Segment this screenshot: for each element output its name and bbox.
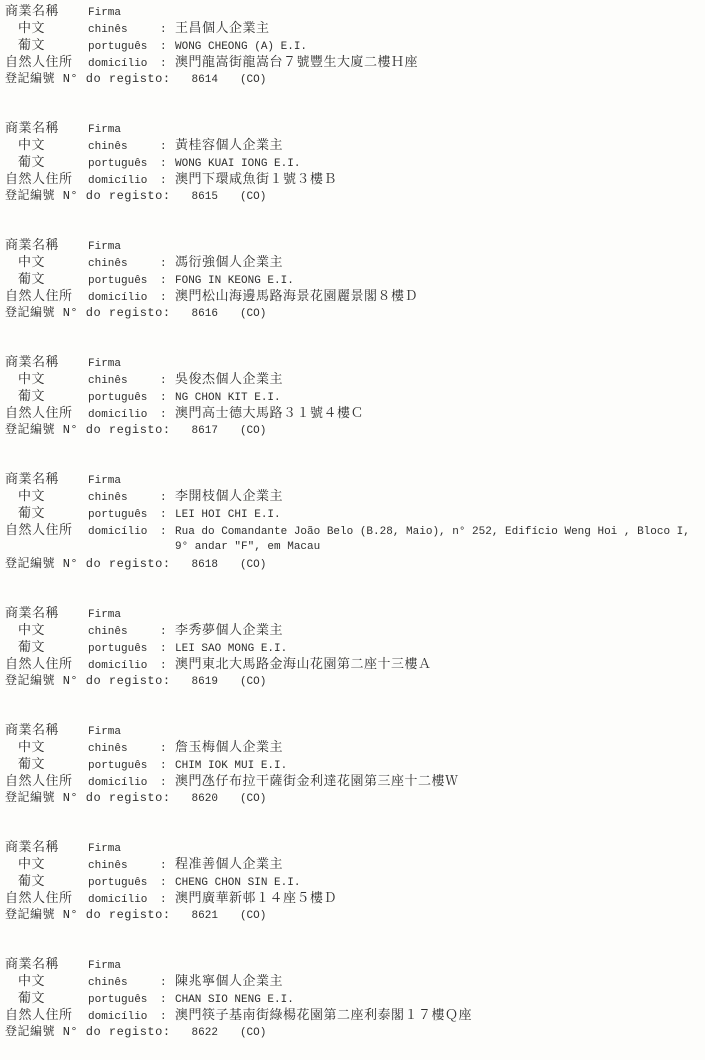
address-value: 澳門廣華新邨１４座５樓Ｄ <box>175 890 337 907</box>
firma-label-zh: 商業名稱 <box>5 354 88 371</box>
portuguese-name-value: LEI SAO MONG E.I. <box>175 641 287 656</box>
portuguese-name-value: WONG KUAI IONG E.I. <box>175 156 300 171</box>
registry-suffix: (CO) <box>240 189 266 205</box>
portuguese-name-value: CHIM IOK MUI E.I. <box>175 758 287 773</box>
portuguese-label-zh: 葡文 <box>5 37 88 54</box>
address-row: 自然人住所 domicílio : 澳門筷子基南街綠楊花園第二座利泰閣１７樓Ｑ座 <box>5 1007 705 1024</box>
colon-separator: : <box>160 975 175 990</box>
colon-separator: : <box>160 407 175 422</box>
chinese-label-pt: chinês <box>88 858 160 873</box>
firma-label-zh: 商業名稱 <box>5 237 88 254</box>
registry-suffix: (CO) <box>240 423 266 439</box>
firma-label-zh: 商業名稱 <box>5 605 88 622</box>
registry-entry: 商業名稱 Firma 中文 chinês : 李秀夢個人企業主 葡文 portu… <box>5 605 705 690</box>
firma-label-zh: 商業名稱 <box>5 839 88 856</box>
colon-separator: : <box>160 139 175 154</box>
chinese-label-zh: 中文 <box>5 622 88 639</box>
registry-number-value: 8616 <box>192 306 218 322</box>
firma-label-pt: Firma <box>88 122 160 137</box>
chinese-label-zh: 中文 <box>5 856 88 873</box>
firma-row: 商業名稱 Firma <box>5 722 705 739</box>
registry-entry: 商業名稱 Firma 中文 chinês : 陳兆寧個人企業主 葡文 portu… <box>5 956 705 1041</box>
chinese-name-row: 中文 chinês : 吳俊杰個人企業主 <box>5 371 705 388</box>
firma-row: 商業名稱 Firma <box>5 471 705 488</box>
colon-separator: : <box>160 373 175 388</box>
address-value: 澳門松山海邊馬路海景花園麗景閣８樓Ｄ <box>175 288 418 305</box>
address-label-pt: domicílio <box>88 524 160 539</box>
colon-separator: : <box>160 775 175 790</box>
portuguese-label-pt: português <box>88 156 160 171</box>
portuguese-label-pt: português <box>88 641 160 656</box>
chinese-label-zh: 中文 <box>5 371 88 388</box>
address-label-zh: 自然人住所 <box>5 288 88 305</box>
portuguese-label-zh: 葡文 <box>5 388 88 405</box>
colon-separator: : <box>160 507 175 522</box>
address-label-zh: 自然人住所 <box>5 522 88 539</box>
chinese-label-zh: 中文 <box>5 488 88 505</box>
firma-row: 商業名稱 Firma <box>5 120 705 137</box>
chinese-name-value: 馮衍強個人企業主 <box>175 254 283 271</box>
chinese-label-pt: chinês <box>88 256 160 271</box>
chinese-name-value: 吳俊杰個人企業主 <box>175 371 283 388</box>
chinese-name-value: 程准善個人企業主 <box>175 856 283 873</box>
registry-number-label: 登記編號 N° do registo: <box>5 188 171 205</box>
registry-suffix: (CO) <box>240 791 266 807</box>
firma-row: 商業名稱 Firma <box>5 956 705 973</box>
portuguese-label-zh: 葡文 <box>5 271 88 288</box>
colon-separator: : <box>160 524 175 539</box>
chinese-label-pt: chinês <box>88 373 160 388</box>
registry-number-value: 8615 <box>192 189 218 205</box>
chinese-name-row: 中文 chinês : 王昌個人企業主 <box>5 20 705 37</box>
address-label-zh: 自然人住所 <box>5 656 88 673</box>
colon-separator: : <box>160 39 175 54</box>
chinese-label-zh: 中文 <box>5 973 88 990</box>
address-row: 自然人住所 domicílio : 澳門東北大馬路金海山花園第二座十三樓Ａ <box>5 656 705 673</box>
registry-number-value: 8621 <box>192 908 218 924</box>
address-value: Rua do Comandante João Belo (B.28, Maio)… <box>175 524 690 539</box>
address-value: 澳門下環咸魚街１號３樓Ｂ <box>175 171 337 188</box>
chinese-label-pt: chinês <box>88 490 160 505</box>
firma-label-pt: Firma <box>88 958 160 973</box>
chinese-name-row: 中文 chinês : 黃桂容個人企業主 <box>5 137 705 154</box>
address-value-line2: 9° andar "F", em Macau <box>175 539 320 556</box>
portuguese-name-value: CHAN SIO NENG E.I. <box>175 992 294 1007</box>
firma-label-zh: 商業名稱 <box>5 956 88 973</box>
portuguese-label-pt: português <box>88 390 160 405</box>
address-row: 自然人住所 domicílio : 澳門廣華新邨１４座５樓Ｄ <box>5 890 705 907</box>
portuguese-name-value: FONG IN KEONG E.I. <box>175 273 294 288</box>
address-continuation-row: 9° andar "F", em Macau <box>5 539 705 556</box>
portuguese-name-value: WONG CHEONG (A) E.I. <box>175 39 307 54</box>
colon-separator: : <box>160 992 175 1007</box>
registry-suffix: (CO) <box>240 1025 266 1041</box>
chinese-name-value: 陳兆寧個人企業主 <box>175 973 283 990</box>
address-label-pt: domicílio <box>88 892 160 907</box>
portuguese-label-zh: 葡文 <box>5 505 88 522</box>
colon-separator: : <box>160 1009 175 1024</box>
portuguese-label-pt: português <box>88 875 160 890</box>
portuguese-label-zh: 葡文 <box>5 873 88 890</box>
registry-number-label: 登記編號 N° do registo: <box>5 71 171 88</box>
registry-document-page: 商業名稱 Firma 中文 chinês : 王昌個人企業主 葡文 portug… <box>0 0 705 1060</box>
registry-entries: 商業名稱 Firma 中文 chinês : 王昌個人企業主 葡文 portug… <box>5 3 705 1041</box>
firma-label-zh: 商業名稱 <box>5 722 88 739</box>
portuguese-name-row: 葡文 português : FONG IN KEONG E.I. <box>5 271 705 288</box>
address-label-pt: domicílio <box>88 775 160 790</box>
chinese-label-zh: 中文 <box>5 254 88 271</box>
firma-row: 商業名稱 Firma <box>5 605 705 622</box>
portuguese-label-pt: português <box>88 758 160 773</box>
portuguese-label-pt: português <box>88 992 160 1007</box>
address-label-pt: domicílio <box>88 1009 160 1024</box>
registry-suffix: (CO) <box>240 306 266 322</box>
registry-entry: 商業名稱 Firma 中文 chinês : 李開枝個人企業主 葡文 portu… <box>5 471 705 573</box>
registry-number-row: 登記編號 N° do registo: 8620 (CO) <box>5 790 705 807</box>
firma-label-pt: Firma <box>88 473 160 488</box>
portuguese-label-pt: português <box>88 273 160 288</box>
portuguese-label-zh: 葡文 <box>5 990 88 1007</box>
firma-row: 商業名稱 Firma <box>5 3 705 20</box>
colon-separator: : <box>160 658 175 673</box>
registry-number-label: 登記編號 N° do registo: <box>5 673 171 690</box>
firma-label-pt: Firma <box>88 356 160 371</box>
chinese-name-row: 中文 chinês : 陳兆寧個人企業主 <box>5 973 705 990</box>
chinese-label-zh: 中文 <box>5 20 88 37</box>
registry-number-value: 8620 <box>192 791 218 807</box>
address-row: 自然人住所 domicílio : Rua do Comandante João… <box>5 522 705 539</box>
address-value: 澳門高士德大馬路３１號４樓Ｃ <box>175 405 364 422</box>
registry-entry: 商業名稱 Firma 中文 chinês : 吳俊杰個人企業主 葡文 portu… <box>5 354 705 439</box>
registry-number-row: 登記編號 N° do registo: 8621 (CO) <box>5 907 705 924</box>
address-label-pt: domicílio <box>88 56 160 71</box>
address-row: 自然人住所 domicílio : 澳門下環咸魚街１號３樓Ｂ <box>5 171 705 188</box>
firma-label-zh: 商業名稱 <box>5 120 88 137</box>
firma-label-zh: 商業名稱 <box>5 471 88 488</box>
firma-row: 商業名稱 Firma <box>5 354 705 371</box>
chinese-name-value: 李開枝個人企業主 <box>175 488 283 505</box>
firma-label-pt: Firma <box>88 607 160 622</box>
registry-number-value: 8618 <box>192 557 218 573</box>
chinese-name-value: 黃桂容個人企業主 <box>175 137 283 154</box>
registry-entry: 商業名稱 Firma 中文 chinês : 馮衍強個人企業主 葡文 portu… <box>5 237 705 322</box>
chinese-name-row: 中文 chinês : 馮衍強個人企業主 <box>5 254 705 271</box>
portuguese-name-value: LEI HOI CHI E.I. <box>175 507 281 522</box>
firma-row: 商業名稱 Firma <box>5 839 705 856</box>
chinese-label-zh: 中文 <box>5 137 88 154</box>
registry-number-label: 登記編號 N° do registo: <box>5 422 171 439</box>
registry-entry: 商業名稱 Firma 中文 chinês : 詹玉梅個人企業主 葡文 portu… <box>5 722 705 807</box>
chinese-name-row: 中文 chinês : 李秀夢個人企業主 <box>5 622 705 639</box>
registry-number-value: 8614 <box>192 72 218 88</box>
colon-separator: : <box>160 22 175 37</box>
portuguese-name-row: 葡文 português : NG CHON KIT E.I. <box>5 388 705 405</box>
registry-entry: 商業名稱 Firma 中文 chinês : 程准善個人企業主 葡文 portu… <box>5 839 705 924</box>
colon-separator: : <box>160 290 175 305</box>
address-label-zh: 自然人住所 <box>5 773 88 790</box>
registry-suffix: (CO) <box>240 72 266 88</box>
registry-number-label: 登記編號 N° do registo: <box>5 790 171 807</box>
registry-number-value: 8619 <box>192 674 218 690</box>
registry-number-row: 登記編號 N° do registo: 8615 (CO) <box>5 188 705 205</box>
colon-separator: : <box>160 156 175 171</box>
chinese-label-pt: chinês <box>88 624 160 639</box>
colon-separator: : <box>160 858 175 873</box>
portuguese-name-value: NG CHON KIT E.I. <box>175 390 281 405</box>
chinese-name-value: 李秀夢個人企業主 <box>175 622 283 639</box>
registry-number-value: 8617 <box>192 423 218 439</box>
address-label-zh: 自然人住所 <box>5 171 88 188</box>
address-row: 自然人住所 domicílio : 澳門松山海邊馬路海景花園麗景閣８樓Ｄ <box>5 288 705 305</box>
portuguese-name-row: 葡文 português : WONG KUAI IONG E.I. <box>5 154 705 171</box>
registry-suffix: (CO) <box>240 908 266 924</box>
address-value: 澳門氹仔布拉干薩街金利達花園第三座十二樓Ｗ <box>175 773 459 790</box>
registry-number-row: 登記編號 N° do registo: 8614 (CO) <box>5 71 705 88</box>
portuguese-label-pt: português <box>88 39 160 54</box>
registry-number-row: 登記編號 N° do registo: 8617 (CO) <box>5 422 705 439</box>
address-label-pt: domicílio <box>88 290 160 305</box>
colon-separator: : <box>160 741 175 756</box>
colon-separator: : <box>160 624 175 639</box>
portuguese-name-row: 葡文 português : LEI HOI CHI E.I. <box>5 505 705 522</box>
firma-label-zh: 商業名稱 <box>5 3 88 20</box>
registry-number-value: 8622 <box>192 1025 218 1041</box>
firma-row: 商業名稱 Firma <box>5 237 705 254</box>
firma-label-pt: Firma <box>88 5 160 20</box>
chinese-label-zh: 中文 <box>5 739 88 756</box>
colon-separator: : <box>160 490 175 505</box>
chinese-label-pt: chinês <box>88 975 160 990</box>
portuguese-label-zh: 葡文 <box>5 756 88 773</box>
colon-separator: : <box>160 758 175 773</box>
firma-label-pt: Firma <box>88 724 160 739</box>
registry-entry: 商業名稱 Firma 中文 chinês : 王昌個人企業主 葡文 portug… <box>5 3 705 88</box>
firma-label-pt: Firma <box>88 841 160 856</box>
registry-entry: 商業名稱 Firma 中文 chinês : 黃桂容個人企業主 葡文 portu… <box>5 120 705 205</box>
registry-number-row: 登記編號 N° do registo: 8619 (CO) <box>5 673 705 690</box>
portuguese-label-pt: português <box>88 507 160 522</box>
address-label-zh: 自然人住所 <box>5 890 88 907</box>
portuguese-name-row: 葡文 português : LEI SAO MONG E.I. <box>5 639 705 656</box>
address-row: 自然人住所 domicílio : 澳門氹仔布拉干薩街金利達花園第三座十二樓Ｗ <box>5 773 705 790</box>
address-label-zh: 自然人住所 <box>5 1007 88 1024</box>
registry-number-row: 登記編號 N° do registo: 8616 (CO) <box>5 305 705 322</box>
portuguese-name-value: CHENG CHON SIN E.I. <box>175 875 300 890</box>
address-label-zh: 自然人住所 <box>5 405 88 422</box>
address-label-zh: 自然人住所 <box>5 54 88 71</box>
address-value: 澳門龍嵩街龍嵩台７號豐生大廈二樓Ｈ座 <box>175 54 418 71</box>
colon-separator: : <box>160 56 175 71</box>
colon-separator: : <box>160 256 175 271</box>
colon-separator: : <box>160 273 175 288</box>
chinese-name-row: 中文 chinês : 程准善個人企業主 <box>5 856 705 873</box>
address-label-pt: domicílio <box>88 173 160 188</box>
chinese-label-pt: chinês <box>88 139 160 154</box>
registry-number-row: 登記編號 N° do registo: 8622 (CO) <box>5 1024 705 1041</box>
portuguese-name-row: 葡文 português : CHAN SIO NENG E.I. <box>5 990 705 1007</box>
colon-separator: : <box>160 390 175 405</box>
portuguese-name-row: 葡文 português : CHENG CHON SIN E.I. <box>5 873 705 890</box>
chinese-name-value: 詹玉梅個人企業主 <box>175 739 283 756</box>
address-label-pt: domicílio <box>88 407 160 422</box>
colon-separator: : <box>160 875 175 890</box>
registry-number-row: 登記編號 N° do registo: 8618 (CO) <box>5 556 705 573</box>
chinese-label-pt: chinês <box>88 22 160 37</box>
registry-number-label: 登記編號 N° do registo: <box>5 305 171 322</box>
address-row: 自然人住所 domicílio : 澳門高士德大馬路３１號４樓Ｃ <box>5 405 705 422</box>
address-row: 自然人住所 domicílio : 澳門龍嵩街龍嵩台７號豐生大廈二樓Ｈ座 <box>5 54 705 71</box>
chinese-name-value: 王昌個人企業主 <box>175 20 270 37</box>
portuguese-label-zh: 葡文 <box>5 639 88 656</box>
portuguese-name-row: 葡文 português : CHIM IOK MUI E.I. <box>5 756 705 773</box>
chinese-name-row: 中文 chinês : 詹玉梅個人企業主 <box>5 739 705 756</box>
address-value: 澳門筷子基南街綠楊花園第二座利泰閣１７樓Ｑ座 <box>175 1007 472 1024</box>
colon-separator: : <box>160 173 175 188</box>
address-label-pt: domicílio <box>88 658 160 673</box>
registry-suffix: (CO) <box>240 674 266 690</box>
chinese-name-row: 中文 chinês : 李開枝個人企業主 <box>5 488 705 505</box>
registry-number-label: 登記編號 N° do registo: <box>5 907 171 924</box>
colon-separator: : <box>160 641 175 656</box>
firma-label-pt: Firma <box>88 239 160 254</box>
colon-separator: : <box>160 892 175 907</box>
portuguese-label-zh: 葡文 <box>5 154 88 171</box>
address-value: 澳門東北大馬路金海山花園第二座十三樓Ａ <box>175 656 432 673</box>
registry-number-label: 登記編號 N° do registo: <box>5 1024 171 1041</box>
chinese-label-pt: chinês <box>88 741 160 756</box>
registry-suffix: (CO) <box>240 557 266 573</box>
registry-number-label: 登記編號 N° do registo: <box>5 556 171 573</box>
portuguese-name-row: 葡文 português : WONG CHEONG (A) E.I. <box>5 37 705 54</box>
